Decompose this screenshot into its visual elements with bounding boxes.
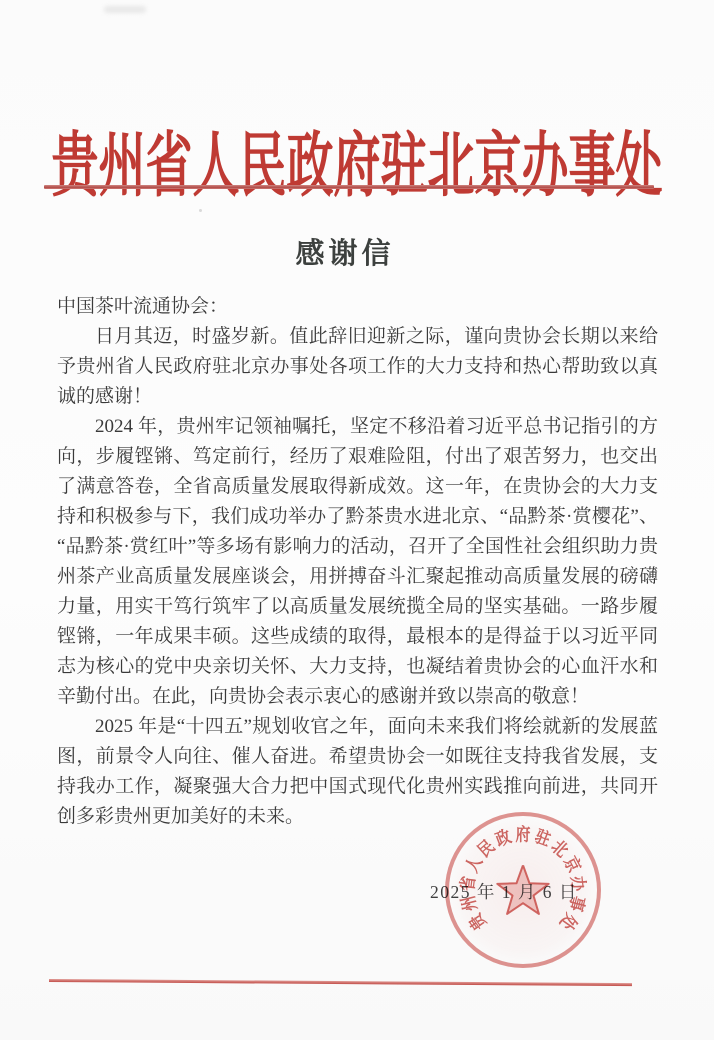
- letter-paragraph: 日月其迈，时盛岁新。值此辞旧迎新之际，谨向贵协会长期以来给予贵州省人民政府驻北京…: [57, 322, 658, 412]
- seal-ring-char: 省: [454, 875, 480, 893]
- official-seal: 贵州省人民政府驻北京办事处: [445, 812, 601, 968]
- scan-smudge: [104, 6, 146, 13]
- letter-salutation: 中国茶叶流通协会：: [57, 292, 658, 322]
- letterhead-org-name: 贵州省人民政府驻北京办事处: [0, 110, 714, 211]
- seal-ring-char: 事: [563, 893, 591, 914]
- star-icon: [496, 865, 550, 919]
- seal-ring-char: 府: [515, 822, 530, 847]
- letter-title: 感谢信: [0, 231, 690, 272]
- letter-paragraph: 2025 年是“十四五”规划收官之年，面向未来我们将绘就新的发展蓝图，前景令人向…: [57, 712, 658, 832]
- scanned-letter-page: 贵州省人民政府驻北京办事处 感谢信 中国茶叶流通协会： 日月其迈，时盛岁新。值此…: [0, 0, 714, 1040]
- seal-ring-char: 处: [554, 909, 583, 936]
- bottom-red-rule: [49, 979, 632, 986]
- letter-body: 中国茶叶流通协会： 日月其迈，时盛岁新。值此辞旧迎新之际，谨向贵协会长期以来给予…: [57, 292, 658, 832]
- seal-ring-char: 贵: [463, 909, 492, 936]
- letterhead-divider-rule: [44, 185, 654, 189]
- seal-ring-char: 办: [565, 875, 591, 893]
- letter-paragraph: 2024 年，贵州牢记领袖嘱托，坚定不移沿着习近平总书记指引的方向，步履铿锵、笃…: [57, 412, 658, 712]
